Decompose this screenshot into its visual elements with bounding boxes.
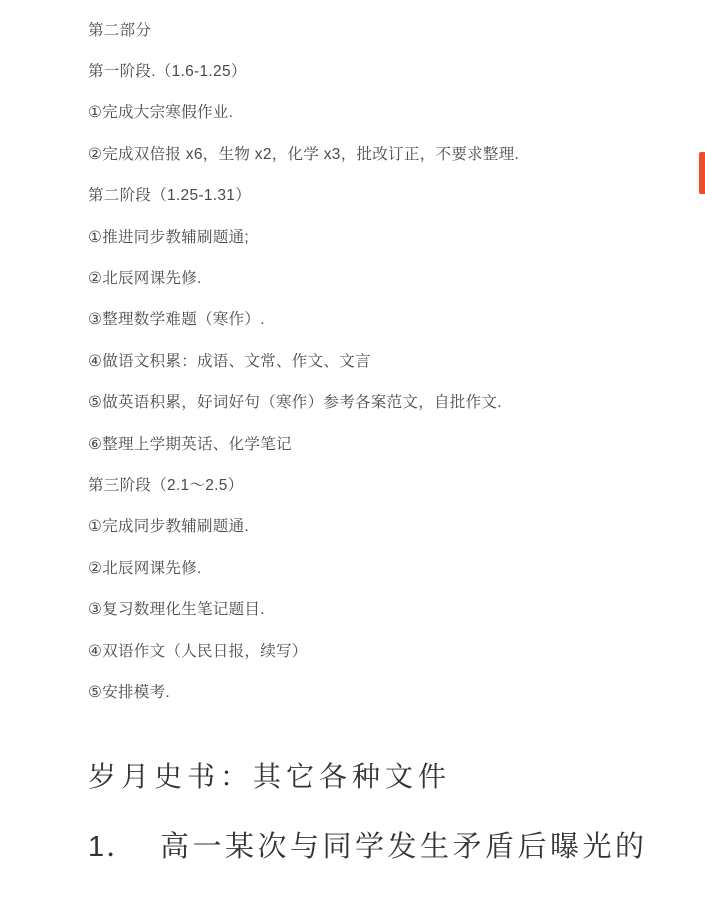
document-page: 第二部分 第一阶段.（1.6-1.25） ①完成大宗寒假作业. ②完成双倍报 x… xyxy=(0,0,705,902)
document-line: ③整理数学难题（寒作）. xyxy=(88,298,675,339)
document-line: ④做语文积累：成语、文常、作文、文言 xyxy=(88,339,675,380)
section-heading: 岁月史书：其它各种文件 xyxy=(88,760,675,794)
document-body: 第二部分 第一阶段.（1.6-1.25） ①完成大宗寒假作业. ②完成双倍报 x… xyxy=(88,8,675,867)
document-line: ①完成同步教辅刷题通. xyxy=(88,505,675,546)
list-item-number: 1． xyxy=(88,827,160,867)
document-line: ⑤做英语积累，好词好句（寒作）参考各案范文，自批作文. xyxy=(88,381,675,422)
numbered-list-item: 1． 高一某次与同学发生矛盾后曝光的 xyxy=(88,827,675,867)
list-item-text: 高一某次与同学发生矛盾后曝光的 xyxy=(160,827,648,867)
document-line: ①推进同步教辅刷题通; xyxy=(88,215,675,256)
document-line: ②北辰网课先修. xyxy=(88,546,675,587)
document-line: ②完成双倍报 x6，生物 x2，化学 x3，批改订正，不要求整理. xyxy=(88,132,675,173)
document-line: ③复习数理化生笔记题目. xyxy=(88,587,675,628)
document-line: 第二阶段（1.25-1.31） xyxy=(88,174,675,215)
scroll-position-marker xyxy=(699,152,705,194)
document-line: ②北辰网课先修. xyxy=(88,256,675,297)
document-line: 第一阶段.（1.6-1.25） xyxy=(88,49,675,90)
document-line: 第二部分 xyxy=(88,8,675,49)
document-line: ①完成大宗寒假作业. xyxy=(88,91,675,132)
document-line: ④双语作文（人民日报，续写） xyxy=(88,629,675,670)
document-line: 第三阶段（2.1～2.5） xyxy=(88,463,675,504)
document-line: ⑥整理上学期英话、化学笔记 xyxy=(88,422,675,463)
document-line: ⑤安排模考. xyxy=(88,670,675,711)
